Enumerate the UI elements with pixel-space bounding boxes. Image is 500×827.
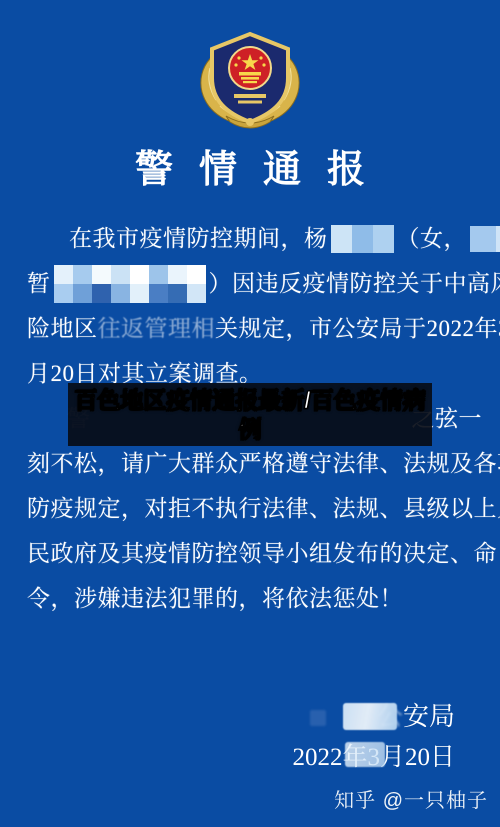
- body-line-7: 防疫规定，对拒不执行法律、法规、县级以上人: [27, 486, 482, 531]
- notice-title: 警情通报: [0, 138, 500, 193]
- zhihu-watermark: 知乎 @一只柚子: [334, 784, 488, 813]
- date-blur-block: [345, 742, 385, 767]
- body-text: 在我市疫情防控期间，杨: [69, 226, 328, 251]
- body-line-2: 暂）因违反疫情防控关于中高风: [27, 261, 482, 306]
- body-text: 险地区: [27, 316, 98, 341]
- body-text: 关规定，市公安局于2022年3: [215, 316, 500, 341]
- headline-overlay: 百色地区疫情通报最新/百色疫情病例: [68, 383, 432, 446]
- redaction-name-mosaic: [331, 225, 394, 253]
- body-line-1: 在我市疫情防控期间，杨（女，，: [27, 216, 482, 261]
- body-text: （女，: [397, 226, 468, 251]
- headline-text: 百色地区疫情通报最新/百色疫情病例: [70, 383, 430, 444]
- signature-blur-block-small: [310, 710, 326, 726]
- body-line-8: 民政府及其疫情防控领导小组发布的决定、命: [27, 531, 482, 576]
- notice-date: 2022年3月20日: [0, 740, 455, 776]
- body-text: ）因违反疫情防控关于中高风: [209, 271, 500, 296]
- signature-blur-block: [343, 703, 397, 730]
- signature-text: 安局: [403, 702, 455, 731]
- police-notice-poster: 警情通报 在我市疫情防控期间，杨（女，， 暂）因违反疫情防控关于中高风 险地区往…: [0, 0, 500, 827]
- body-line-9: 令，涉嫌违法犯罪的，将依法惩处！: [27, 576, 482, 621]
- body-text-faded: 往返管理相: [98, 316, 216, 341]
- body-line-6: 刻不松，请广大群众严格遵守法律、法规及各项: [27, 441, 482, 486]
- body-line-3: 险地区往返管理相关规定，市公安局于2022年3: [27, 306, 482, 351]
- body-text: 暂: [27, 271, 51, 296]
- redaction-address-mosaic: [54, 265, 206, 303]
- police-badge-icon: [186, 28, 314, 130]
- redaction-info-mosaic: [470, 226, 500, 252]
